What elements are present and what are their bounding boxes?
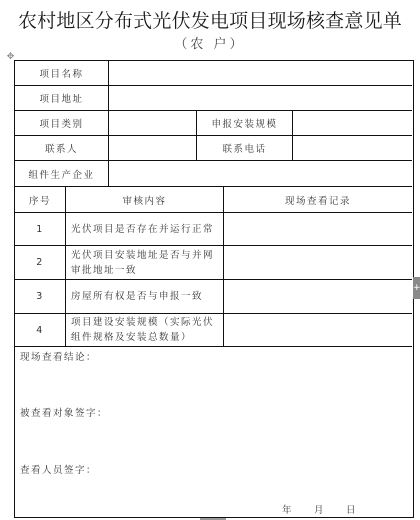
project-address-label: 项目地址	[15, 86, 108, 110]
row-3-seq: 3	[15, 280, 65, 313]
row-3-record-field[interactable]	[224, 280, 412, 313]
project-name-label: 项目名称	[15, 61, 108, 85]
declared-scale-label: 申报安装规模	[197, 111, 292, 135]
declared-scale-field[interactable]	[293, 111, 412, 135]
row-4-seq: 4	[15, 314, 65, 346]
row-1-seq: 1	[15, 213, 65, 245]
row-1-record-field[interactable]	[224, 213, 412, 245]
project-category-field[interactable]	[109, 111, 196, 135]
inspected-signature-label: 被查看对象签字：	[20, 405, 108, 419]
row-1-content: 光伏项目是否存在并运行正常	[66, 213, 223, 245]
row-4-content: 项目建设安装规模（实际光伏组件规格及安装总数量）	[66, 314, 223, 346]
contact-person-label: 联系人	[15, 136, 108, 160]
document-subtitle: （农 户）	[0, 33, 420, 52]
month-label: 月	[314, 502, 325, 516]
row-4-record-field[interactable]	[224, 314, 412, 346]
row-2-seq: 2	[15, 246, 65, 279]
header-record: 现场查看记录	[224, 187, 412, 212]
conclusion-label: 现场查看结论：	[20, 349, 97, 363]
header-seq: 序号	[15, 187, 65, 212]
year-label: 年	[282, 502, 293, 516]
contact-phone-label: 联系电话	[197, 136, 292, 160]
contact-phone-field[interactable]	[293, 136, 412, 160]
project-name-field[interactable]	[109, 61, 412, 85]
module-manufacturer-label: 组件生产企业	[15, 161, 108, 186]
module-manufacturer-field[interactable]	[109, 161, 412, 186]
row-divider	[15, 346, 412, 347]
project-category-label: 项目类别	[15, 111, 108, 135]
row-2-content: 光伏项目安装地址是否与并网审批地址一致	[66, 246, 223, 279]
header-content: 审核内容	[66, 187, 223, 212]
contact-person-field[interactable]	[109, 136, 196, 160]
project-address-field[interactable]	[109, 86, 412, 110]
day-label: 日	[346, 502, 357, 516]
row-2-record-field[interactable]	[224, 246, 412, 279]
inspection-form-table: 项目名称 项目地址 项目类别 申报安装规模 联系人 联系电话 组件生产企业 序号…	[14, 60, 414, 518]
inspector-signature-label: 查看人员签字：	[20, 462, 97, 476]
document-title: 农村地区分布式光伏发电项目现场核查意见单	[0, 6, 420, 33]
add-row-handle-icon[interactable]: +	[413, 277, 420, 299]
row-3-content: 房屋所有权是否与申报一致	[66, 280, 223, 313]
